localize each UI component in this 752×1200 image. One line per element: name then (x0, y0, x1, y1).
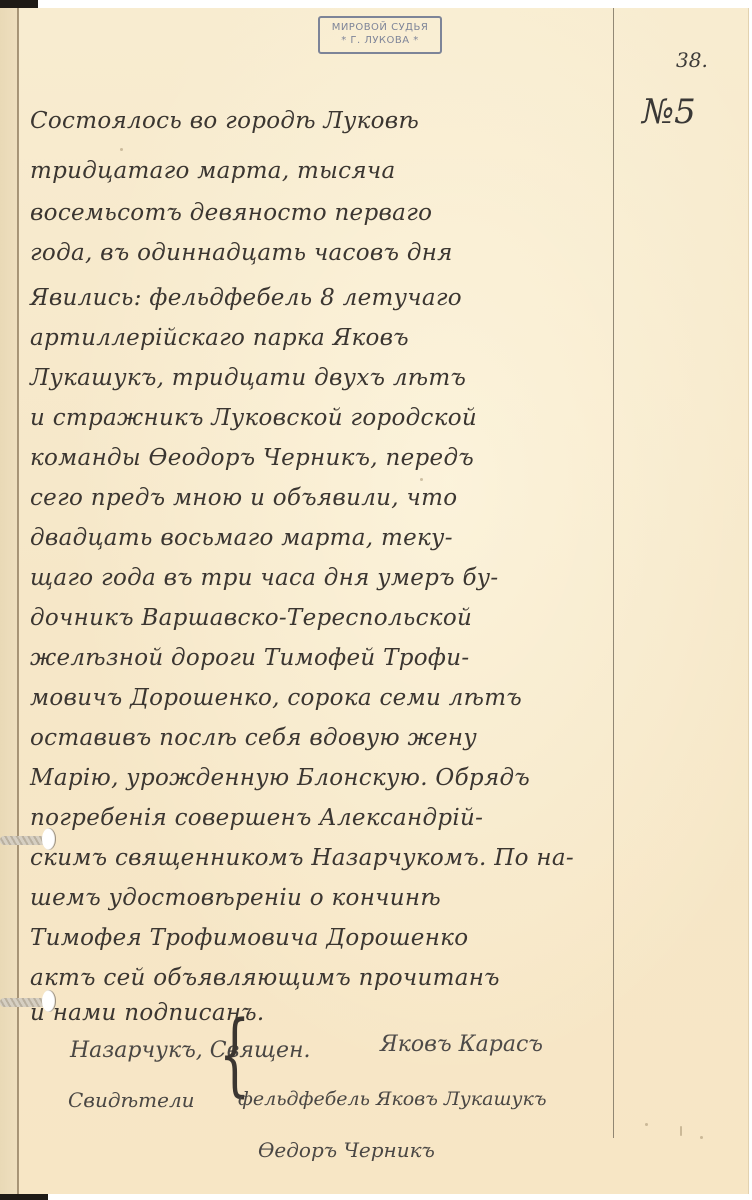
witness-brace: { (219, 1010, 250, 1100)
body-line: года, въ одиннадцать часовъ дня (30, 240, 453, 266)
registrar-signature: Яковъ Карасъ (380, 1032, 543, 1057)
body-line: шемъ удостовѣреніи о кончинѣ (30, 885, 441, 911)
stamp-line-2: * Г. ЛУКОВА * (320, 34, 440, 47)
body-line: мовичъ Дорошенко, сорока семи лѣтъ (30, 685, 522, 711)
body-line: Явились: фельдфебель 8 летучаго (30, 285, 462, 311)
binding-string (0, 836, 46, 845)
priest-signature: Назарчукъ, Священ. (70, 1038, 310, 1063)
body-line: скимъ священникомъ Назарчукомъ. По на- (30, 845, 574, 871)
body-line: тридцатаго марта, тысяча (30, 158, 396, 184)
witness-signature-1: фельдфебель Яковъ Лукашукъ (238, 1088, 547, 1110)
body-line: Лукашукъ, тридцати двухъ лѣтъ (30, 365, 466, 391)
body-line: актъ сей объявляющимъ прочитанъ (30, 965, 500, 991)
paper-speck (645, 1123, 648, 1126)
body-line: Тимофея Трофимовича Дорошенко (30, 925, 468, 951)
body-line: артиллерійскаго парка Яковъ (30, 325, 409, 351)
witnesses-label: Свидѣтели (68, 1088, 195, 1112)
record-number: №5 (642, 92, 696, 132)
paper-speck (700, 1136, 703, 1139)
body-line: желѣзной дороги Тимофей Трофи- (30, 645, 469, 671)
body-line: сего предъ мною и объявили, что (30, 485, 457, 511)
paper-speck (680, 1126, 682, 1136)
body-line: восемьсотъ девяносто перваго (30, 200, 432, 226)
binding-fold-line (17, 8, 19, 1194)
body-line: двадцать восьмаго марта, теку- (30, 525, 453, 551)
witness-signature-2: Өедоръ Черникъ (258, 1138, 435, 1162)
body-line: оставивъ послѣ себя вдовую жену (30, 725, 477, 751)
right-margin-rule (613, 8, 614, 1138)
paper-speck (120, 148, 123, 151)
binding-margin (0, 8, 18, 1194)
court-stamp: МИРОВОЙ СУДЬЯ * Г. ЛУКОВА * (318, 16, 442, 54)
page-number: 38. (676, 48, 708, 72)
body-line: Марію, урожденную Блонскую. Обрядъ (30, 765, 530, 791)
paper-speck (420, 478, 423, 481)
body-line: дочникъ Варшавско-Тереспольской (30, 605, 472, 631)
stamp-line-1: МИРОВОЙ СУДЬЯ (320, 21, 440, 34)
body-line: щаго года въ три часа дня умеръ бу- (30, 565, 499, 591)
scanned-page: МИРОВОЙ СУДЬЯ * Г. ЛУКОВА * 38. №5 Состо… (0, 0, 752, 1200)
body-line: Состоялось во городѣ Луковѣ (30, 108, 419, 134)
body-line: команды Өеодоръ Черникъ, передъ (30, 445, 474, 471)
body-line: и стражникъ Луковской городской (30, 405, 477, 431)
body-line: погребенія совершенъ Александрій- (30, 805, 483, 831)
